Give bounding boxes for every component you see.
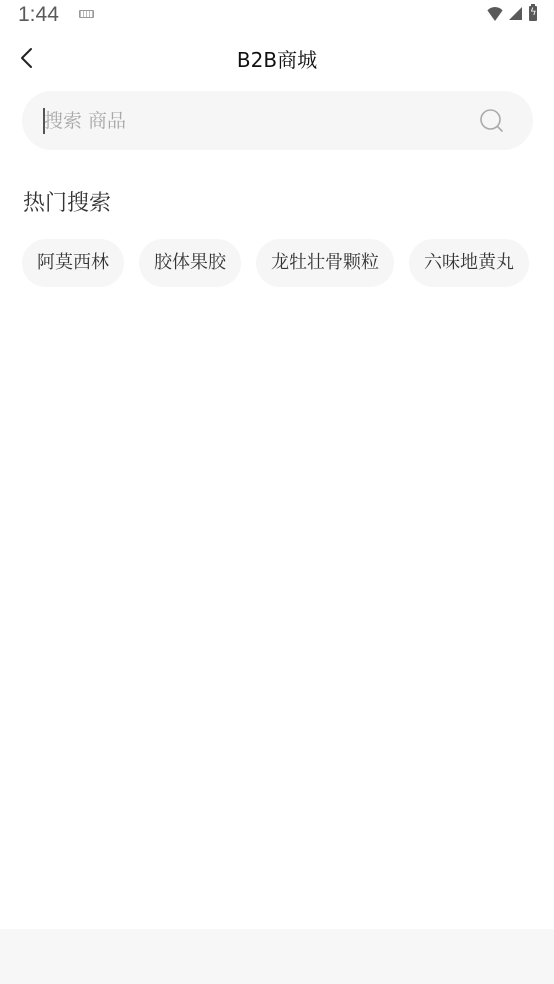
- status-bar: 1:44: [0, 0, 554, 34]
- hot-search-tag[interactable]: 六味地黄丸: [409, 239, 529, 287]
- search-bar[interactable]: [22, 91, 533, 150]
- hot-search-tag[interactable]: 阿莫西林: [22, 239, 124, 287]
- page-title: B2B商城: [0, 44, 554, 73]
- status-icons: [485, 6, 537, 21]
- wifi-icon: [485, 7, 505, 21]
- hot-search-tags: 阿莫西林 胶体果胶 龙牡壮骨颗粒 六味地黄丸: [22, 239, 542, 287]
- keyboard-icon: [79, 10, 94, 18]
- status-time: 1:44: [18, 3, 59, 27]
- search-input[interactable]: [44, 91, 464, 150]
- search-icon: [479, 108, 505, 134]
- signal-icon: [509, 7, 522, 20]
- search-button[interactable]: [479, 108, 505, 134]
- hot-search-tag[interactable]: 龙牡壮骨颗粒: [256, 239, 394, 287]
- bottom-bar: [0, 929, 554, 984]
- hot-search-title: 热门搜索: [23, 186, 111, 217]
- hot-search-tag[interactable]: 胶体果胶: [139, 239, 241, 287]
- battery-charging-icon: [529, 6, 537, 21]
- header: B2B商城: [0, 36, 554, 80]
